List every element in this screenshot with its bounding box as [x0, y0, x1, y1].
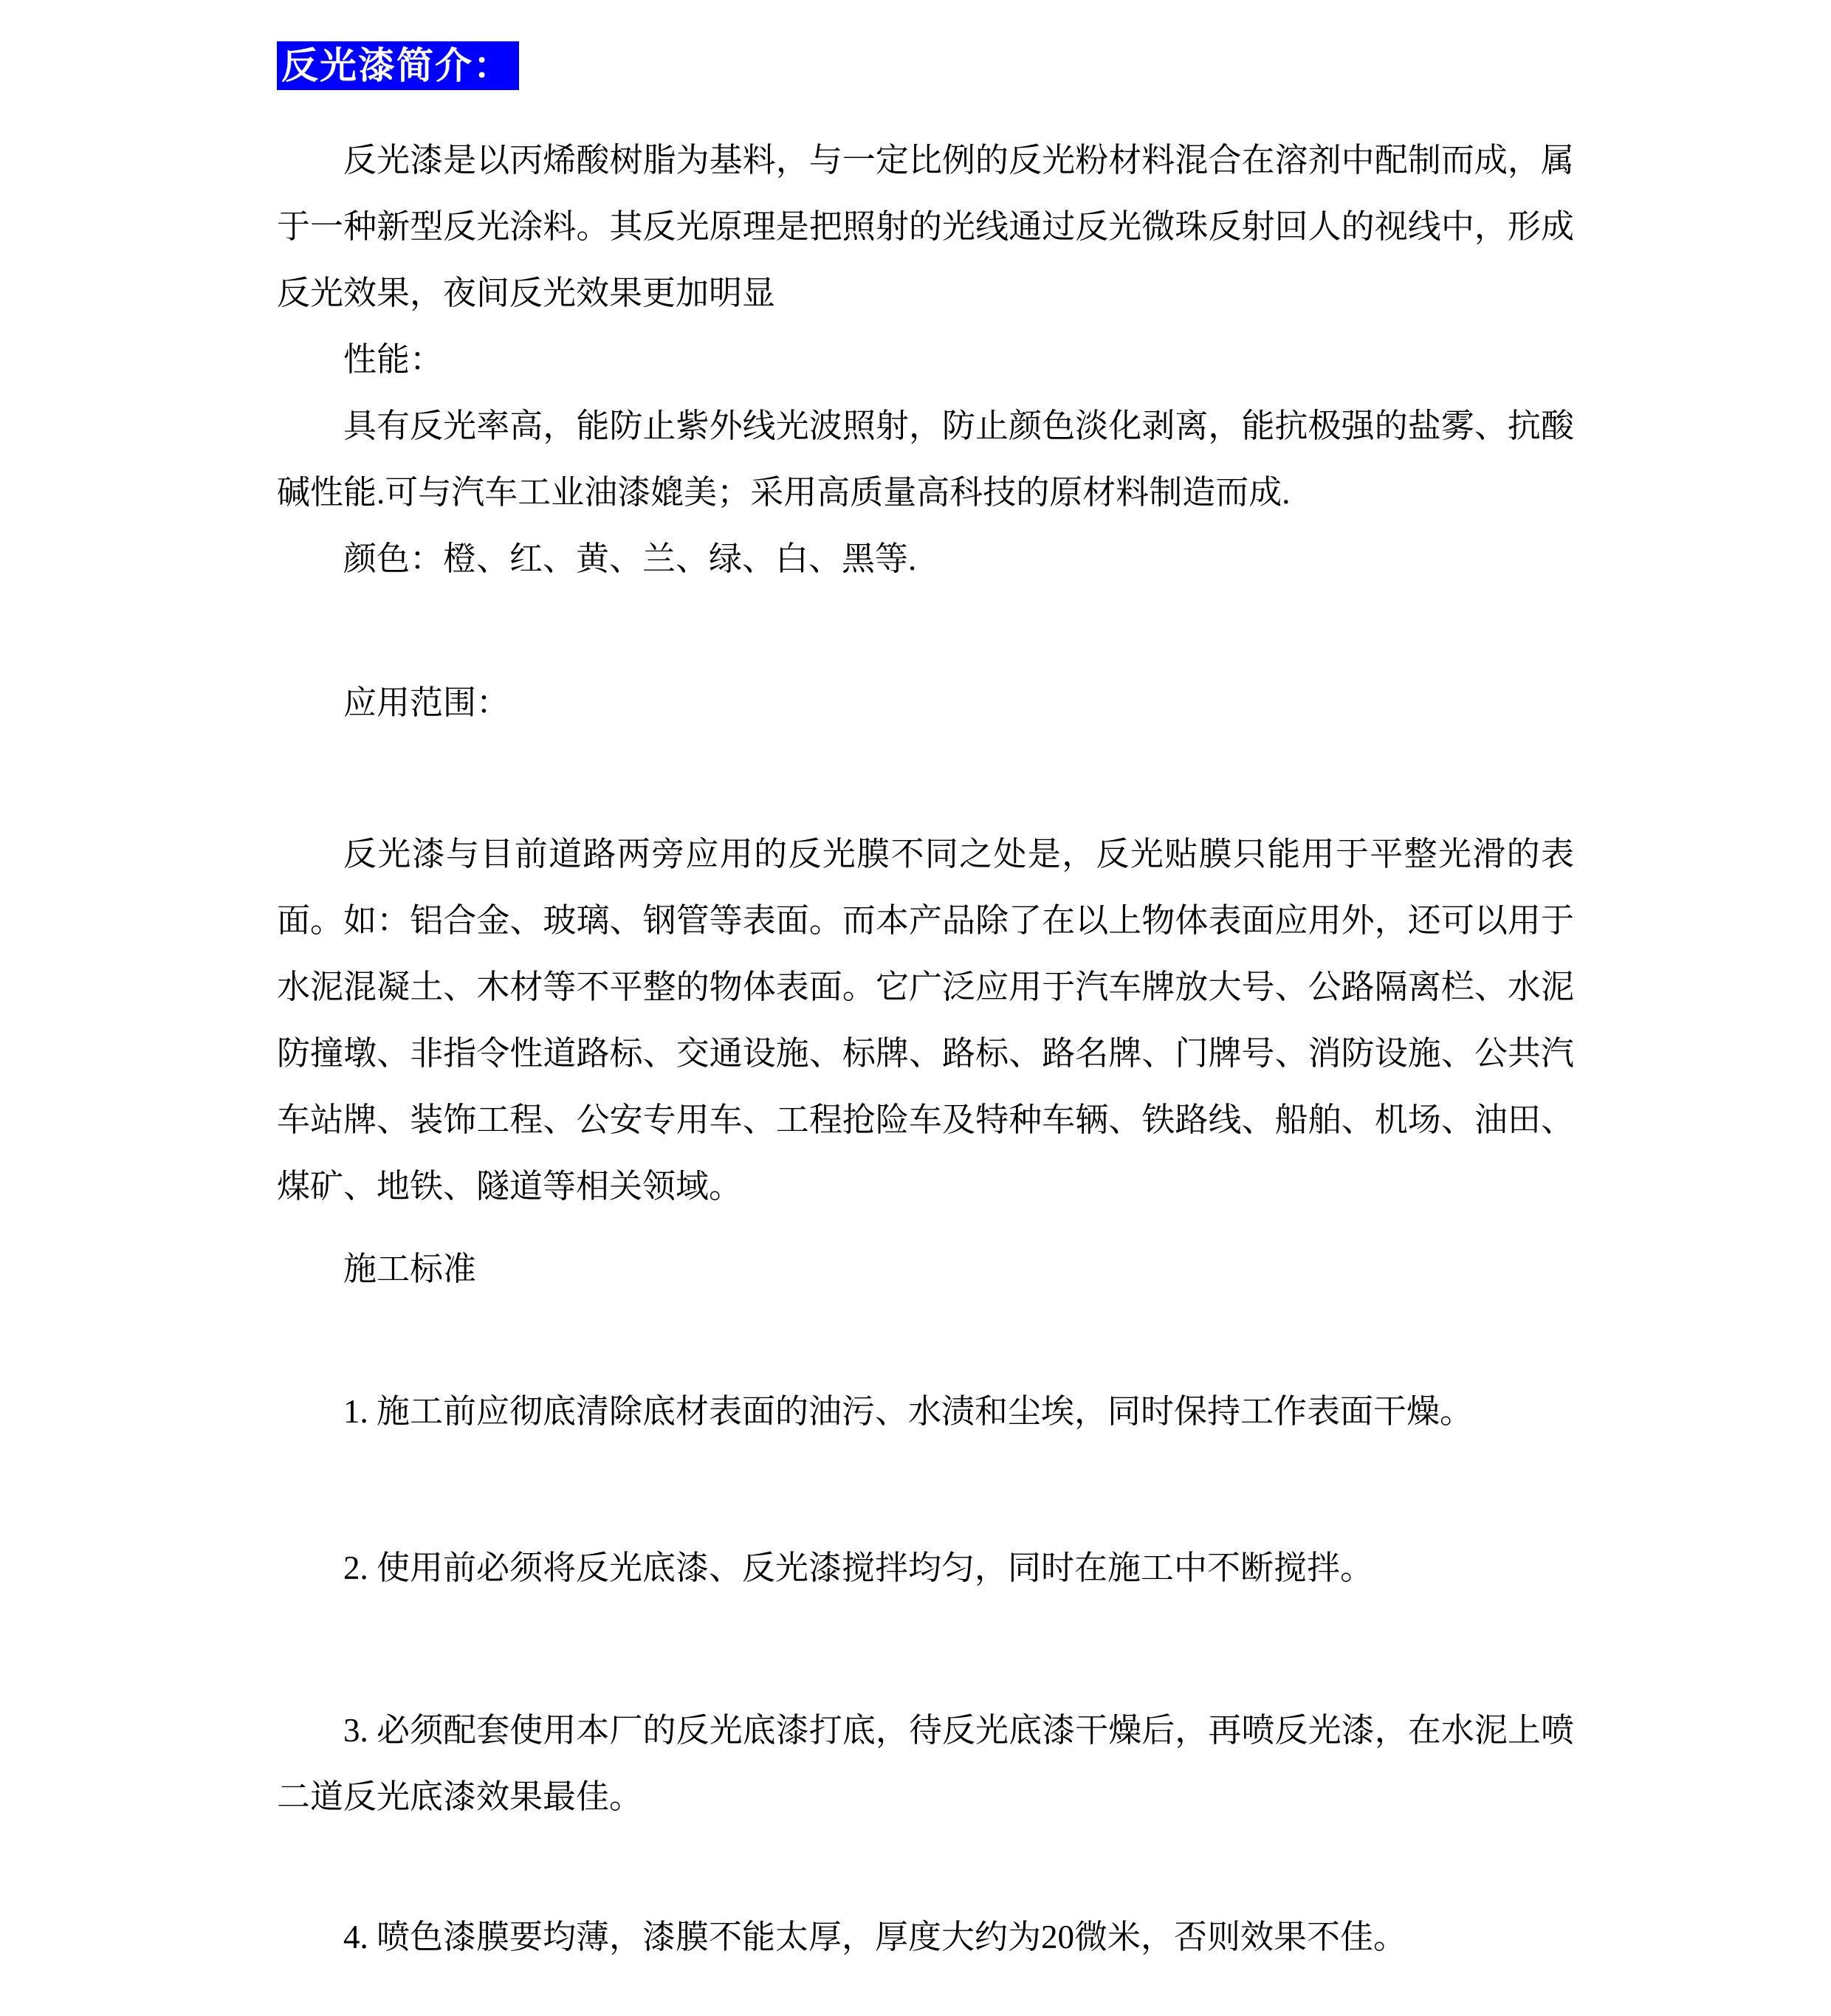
standards-item-4: 4. 喷色漆膜要均薄，漆膜不能太厚，厚度大约为20微米，否则效果不佳。: [277, 1904, 1574, 1970]
performance-paragraph: 具有反光率高，能防止紫外线光波照射，防止颜色淡化剥离，能抗极强的盐雾、抗酸碱性能…: [277, 393, 1574, 526]
page-title: 反光漆简介：: [277, 41, 519, 90]
standards-item-2: 2. 使用前必须将反光底漆、反光漆搅拌均匀，同时在施工中不断搅拌。: [277, 1535, 1574, 1601]
colors-line: 颜色：橙、红、黄、兰、绿、白、黑等.: [277, 526, 1574, 592]
document-page: 反光漆简介： 反光漆是以丙烯酸树脂为基料，与一定比例的反光粉材料混合在溶剂中配制…: [0, 0, 1831, 2016]
application-heading: 应用范围：: [277, 670, 1574, 736]
application-paragraph: 反光漆与目前道路两旁应用的反光膜不同之处是，反光贴膜只能用于平整光滑的表面。如：…: [277, 821, 1574, 1219]
standards-item-1: 1. 施工前应彻底清除底材表面的油污、水渍和尘埃，同时保持工作表面干燥。: [277, 1378, 1574, 1445]
standards-heading: 施工标准: [277, 1236, 1574, 1302]
standards-item-3: 3. 必须配套使用本厂的反光底漆打底，待反光底漆干燥后，再喷反光漆，在水泥上喷二…: [277, 1697, 1574, 1830]
intro-paragraph: 反光漆是以丙烯酸树脂为基料，与一定比例的反光粉材料混合在溶剂中配制而成，属于一种…: [277, 127, 1574, 326]
performance-heading: 性能：: [277, 326, 1574, 393]
